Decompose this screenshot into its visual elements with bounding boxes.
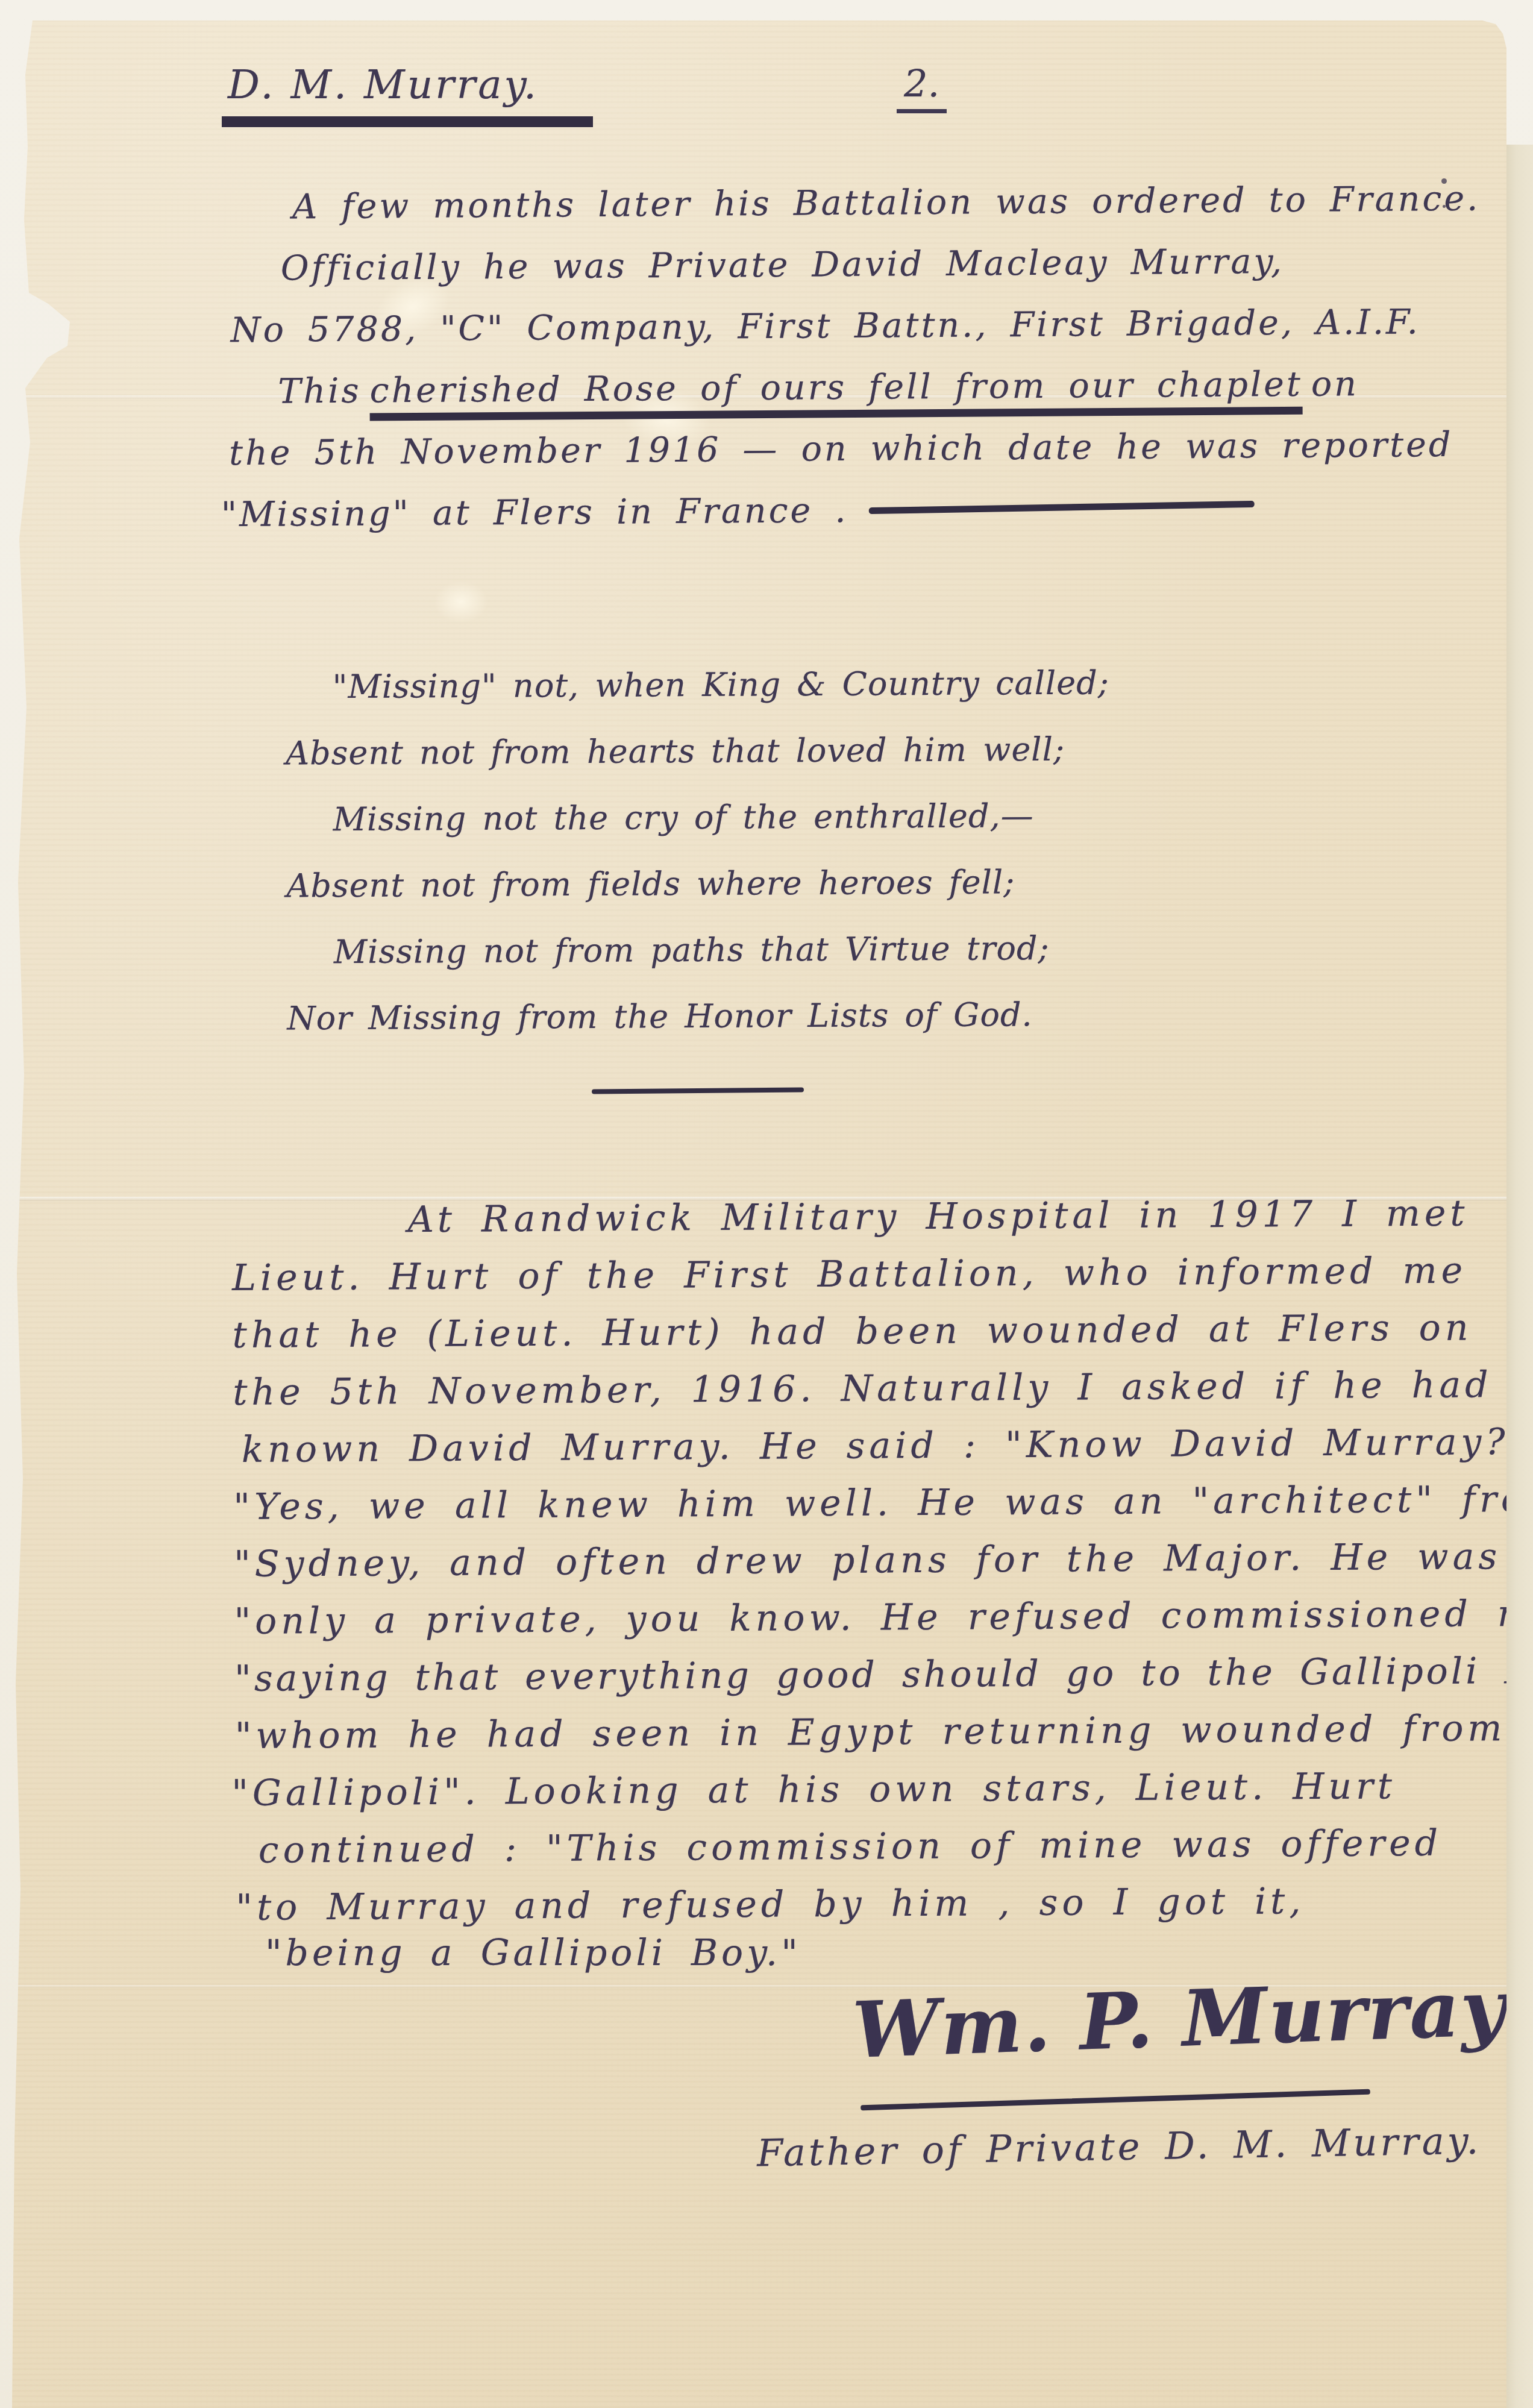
page-title: D. M. Murray.	[222, 61, 593, 127]
poem-line: Missing not from paths that Virtue trod;	[334, 915, 1111, 985]
phrase-pre: This	[278, 371, 362, 412]
underlined-phrase: cherished Rose of ours fell from our cha…	[369, 365, 1303, 421]
paragraph2-line: "only a private, you know. He refused co…	[234, 1585, 1533, 1651]
paragraph2-line: "whom he had seen in Egypt returning wou…	[234, 1699, 1533, 1765]
paragraph2-line: "Gallipoli". Looking at his own stars, L…	[231, 1757, 1533, 1822]
trailing-dash-rule	[868, 501, 1254, 514]
paragraph1-line-with-rule: "Missing" at Flers in France .	[221, 475, 1482, 546]
underlying-page-edge	[1505, 145, 1533, 2408]
paragraph2-line: known David Murray. He said : "Know Davi…	[242, 1413, 1533, 1479]
memorial-poem: "Missing" not, when King & Country calle…	[285, 650, 1111, 1052]
paragraph2-line: that he (Lieut. Hurt) had been wounded a…	[232, 1299, 1533, 1364]
handwritten-letter-page: D. M. Murray. 2. A few months later his …	[12, 20, 1506, 2408]
paragraph2-line: the 5th November, 1916. Naturally I aske…	[233, 1356, 1533, 1422]
missing-at-flers-text: "Missing" at Flers in France .	[221, 491, 848, 535]
poem-line: Absent not from hearts that loved him we…	[286, 716, 1110, 786]
poem-line: Absent not from fields where heroes fell…	[286, 848, 1111, 919]
page-number: 2.	[897, 61, 947, 113]
paragraph2-line: At Randwick Military Hospital in 1917 I …	[407, 1184, 1533, 1249]
poem-line: Nor Missing from the Honor Lists of God.	[287, 981, 1111, 1052]
phrase-post: on	[1311, 364, 1359, 404]
section-divider-rule	[592, 1087, 804, 1094]
signature: Wm. P. Murray	[851, 1963, 1508, 2076]
randwick-hospital-paragraph: At Randwick Military Hospital in 1917 I …	[231, 1184, 1533, 1937]
signature-caption: Father of Private D. M. Murray.	[756, 2119, 1481, 2175]
paragraph1-line: A few months later his Battalion was ord…	[292, 168, 1481, 238]
page-header: D. M. Murray. 2.	[222, 61, 1306, 127]
paragraph1-line: the 5th November 1916 — on which date he…	[229, 414, 1482, 484]
closing-quote-line: "being a Gallipoli Boy."	[265, 1932, 801, 1974]
paragraph2-line: "Sydney, and often drew plans for the Ma…	[234, 1528, 1533, 1593]
paragraph2-line: Lieut. Hurt of the First Battalion, who …	[232, 1241, 1533, 1307]
paper-dent	[434, 581, 488, 623]
paragraph2-line: "saying that everything good should go t…	[234, 1642, 1533, 1708]
poem-line: "Missing" not, when King & Country calle…	[332, 650, 1109, 720]
paragraph2-line: continued : "This commission of mine was…	[259, 1814, 1533, 1880]
paragraph1-line: No 5788, "C" Company, First Battn., Firs…	[230, 291, 1481, 361]
paragraph2-line: "Yes, we all knew him well. He was an "a…	[233, 1470, 1533, 1536]
paragraph1-line-underlined-phrase: Thischerished Rose of ours fell from our…	[278, 353, 1482, 422]
paragraph2-line: "to Murray and refused by him , so I got…	[236, 1871, 1533, 1937]
paragraph1-line: Officially he was Private David Macleay …	[281, 230, 1481, 299]
signature-underline	[861, 2089, 1370, 2111]
opening-paragraph: A few months later his Battalion was ord…	[219, 168, 1482, 546]
poem-line: Missing not the cry of the enthralled,—	[333, 782, 1110, 853]
